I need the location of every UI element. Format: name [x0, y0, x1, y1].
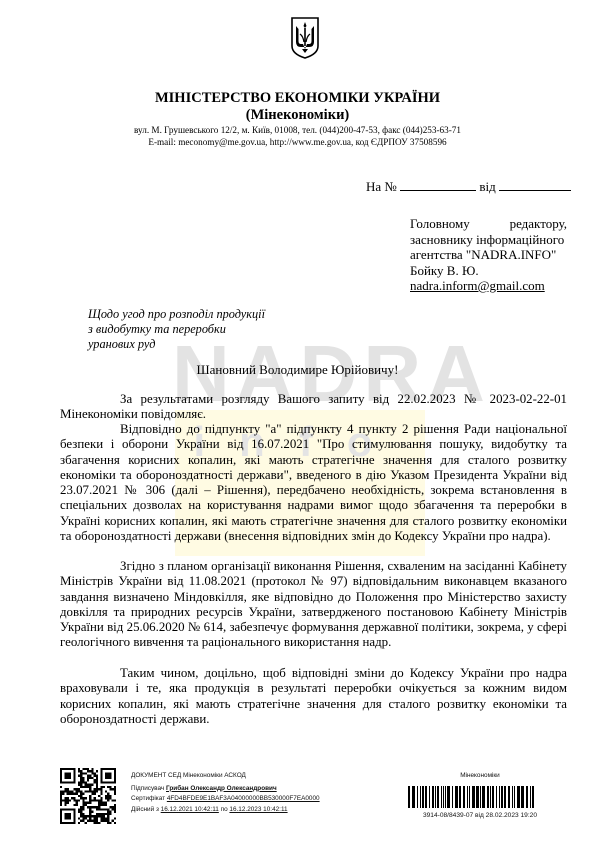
ministry-name: МІНІСТЕРСТВО ЕКОНОМІКИ УКРАЇНИ — [0, 90, 595, 107]
signature-block: ДОКУМЕНТ СЕД Мінекономіки АСКОД Підписув… — [131, 771, 320, 815]
qr-code-icon — [60, 768, 116, 824]
addressee-line: агентства "NADRA.INFO" — [410, 247, 567, 263]
ministry-short-name: (Мінекономіки) — [0, 107, 595, 124]
registration-number: 3914-08/8439-07 від 28.02.2023 19:20 — [385, 812, 575, 819]
signer-label: Підписувач — [131, 785, 164, 792]
valid-to-label: по — [221, 806, 228, 813]
addressee-line: Головному редактору, — [410, 216, 567, 232]
reference-date-blank — [499, 178, 571, 191]
paragraph-text: Відповідно до підпункту "а" підпункту 4 … — [60, 422, 567, 544]
valid-from-label: Дійсний з — [131, 806, 159, 813]
reference-date-label: від — [479, 179, 495, 194]
greeting: Шановний Володимире Юрійовичу! — [0, 362, 595, 378]
certificate-label: Сертифікат — [131, 795, 165, 802]
reference-line: На № від — [366, 178, 571, 195]
organization-label: Мінекономіки — [400, 772, 560, 779]
signer-name: Грибан Олександр Олександрович — [166, 785, 277, 792]
document-system-label: ДОКУМЕНТ СЕД Мінекономіки АСКОД — [131, 771, 320, 782]
ministry-contacts: E-mail: meconomy@me.gov.ua, http://www.m… — [0, 136, 595, 148]
paragraph-3: Згідно з планом організації виконання Рі… — [60, 559, 567, 651]
subject-line: уранових руд — [88, 337, 268, 352]
paragraph-text: Таким чином, доцільно, щоб відповідні зм… — [60, 666, 567, 727]
paragraph-4: Таким чином, доцільно, щоб відповідні зм… — [60, 666, 567, 727]
valid-to-value: 16.12.2023 10:42:11 — [229, 806, 287, 813]
paragraph-text: За результатами розгляду Вашого запиту в… — [60, 392, 567, 423]
addressee-line: засновнику інформаційного — [410, 232, 567, 248]
certificate-row: Сертифікат 4FD4BFDE9E1BAF3A04000000BB530… — [131, 794, 320, 805]
ministry-address: вул. М. Грушевського 12/2, м. Київ, 0100… — [0, 124, 595, 136]
paragraph-text: Згідно з планом організації виконання Рі… — [60, 559, 567, 651]
subject-block: Щодо угод про розподіл продукції з видоб… — [88, 307, 268, 352]
barcode-icon — [408, 786, 536, 808]
signer-row: Підписувач Грибан Олександр Олександрови… — [131, 784, 320, 795]
certificate-value: 4FD4BFDE9E1BAF3A04000000BB530000F7EA0000 — [167, 795, 320, 802]
addressee-email-link[interactable]: nadra.inform@gmail.com — [410, 278, 545, 293]
paragraph-2: Відповідно до підпункту "а" підпункту 4 … — [60, 422, 567, 544]
subject-line: з видобутку та переробки — [88, 322, 268, 337]
addressee-block: Головному редактору, засновнику інформац… — [410, 216, 567, 294]
addressee-name: Бойку В. Ю. — [410, 263, 567, 279]
validity-row: Дійсний з 16.12.2021 10:42:11 по 16.12.2… — [131, 805, 320, 816]
trident-emblem-icon — [290, 16, 320, 60]
subject-line: Щодо угод про розподіл продукції — [88, 307, 268, 322]
reference-number-blank — [400, 178, 476, 191]
paragraph-1: За результатами розгляду Вашого запиту в… — [60, 392, 567, 423]
reference-number-label: На № — [366, 179, 397, 194]
valid-from-value: 16.12.2021 10:42:11 — [161, 806, 219, 813]
